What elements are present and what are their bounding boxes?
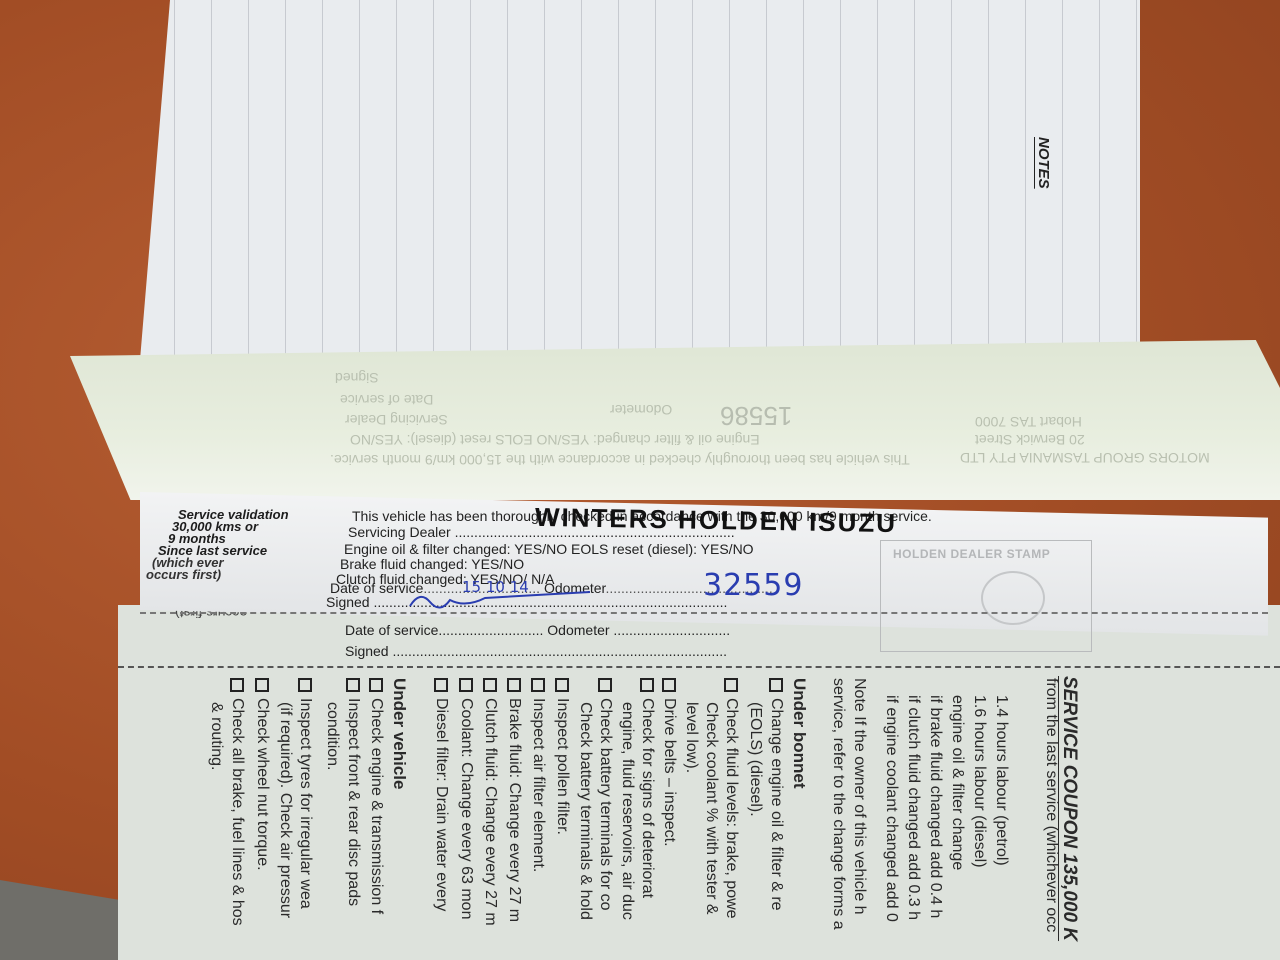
- note-line-2: service, refer to the change forms a: [827, 678, 849, 930]
- coupon-perforation: [140, 612, 1268, 614]
- checkbox[interactable]: [230, 678, 244, 692]
- notes-title: NOTES: [1035, 137, 1052, 189]
- checklist-item[interactable]: Inspect pollen filter.: [551, 678, 573, 835]
- note-line-1: Note If the owner of this vehicle h: [848, 678, 870, 915]
- checklist-item[interactable]: Inspect tyres for irregular wea: [294, 678, 316, 909]
- mirrored-statement: This vehicle has been thoroughly checked…: [330, 452, 910, 468]
- coupon-135000-subtitle: from the last service (whichever occ: [1040, 678, 1062, 932]
- mirrored-dealer-stamp-3: Hobart TAS 7000: [975, 414, 1082, 430]
- checkbox[interactable]: [555, 678, 569, 692]
- checklist-item-cont: engine, fluid reservoirs, air duc: [616, 702, 638, 920]
- engine-oil-field[interactable]: Engine oil & filter changed: YES/NO EOLS…: [344, 541, 754, 557]
- mirrored-signed: Signed: [335, 370, 379, 386]
- checklist-item-cont: Check coolant % with tester &: [700, 702, 722, 915]
- checkbox[interactable]: [640, 678, 654, 692]
- labour-item: if clutch fluid changed add 0.3 h: [902, 695, 924, 920]
- checklist-item-cont: (if required). Check air pressur: [274, 702, 296, 918]
- checklist-item-cont: Check battery terminals & hold: [574, 702, 596, 920]
- brake-fluid-field[interactable]: Brake fluid changed: YES/NO: [340, 556, 524, 572]
- mirrored-odometer-value: 15586: [720, 400, 792, 431]
- checkbox[interactable]: [255, 678, 269, 692]
- checkbox[interactable]: [434, 678, 448, 692]
- labour-item: engine oil & filter change: [946, 695, 968, 870]
- dealer-ink-stamp: WINTERS HOLDEN ISUZU: [535, 502, 898, 539]
- checkbox[interactable]: [507, 678, 521, 692]
- mirrored-dealer-stamp-1: MOTORS GROUP TASMANIA PTY LTD: [960, 450, 1210, 466]
- checkbox[interactable]: [531, 678, 545, 692]
- stamp-box-label: HOLDEN DEALER STAMP: [893, 547, 1050, 561]
- checkbox[interactable]: [459, 678, 473, 692]
- checklist-item[interactable]: Diesel filter: Drain water every: [430, 678, 452, 911]
- mirrored-odometer: Odometer: [610, 402, 672, 418]
- signature-scribble: [405, 588, 595, 610]
- under-vehicle-heading: Under vehicle: [388, 678, 410, 790]
- checklist-item[interactable]: Change engine oil & filter & re: [765, 678, 787, 911]
- checkbox[interactable]: [662, 678, 676, 692]
- checklist-item-cont: & routing.: [205, 702, 227, 770]
- checkbox[interactable]: [483, 678, 497, 692]
- checklist-item[interactable]: Clutch fluid: Change every 27 m: [479, 678, 501, 926]
- notes-page: [140, 0, 1140, 360]
- under-bonnet-heading: Under bonnet: [788, 678, 810, 789]
- holden-dealer-stamp-box: HOLDEN DEALER STAMP: [880, 540, 1092, 652]
- checklist-item[interactable]: Check fluid levels: brake, powe: [720, 678, 742, 919]
- ruled-lines: [140, 0, 1140, 360]
- back-coupon: [70, 340, 1280, 500]
- mirrored-dealer: Servicing Dealer: [345, 412, 448, 428]
- under-signed: Signed .................................…: [345, 643, 727, 659]
- validation-line-6: occurs first): [146, 568, 221, 582]
- labour-item: if engine coolant changed add 0: [880, 695, 902, 922]
- checklist-item[interactable]: Check all brake, fuel lines & hos: [226, 678, 248, 926]
- checkbox[interactable]: [369, 678, 383, 692]
- checklist-item[interactable]: Check engine & transmission f: [365, 678, 387, 914]
- checklist-item[interactable]: Brake fluid: Change every 27 m: [503, 678, 525, 922]
- labour-item: 1.4 hours labour (petrol): [990, 695, 1012, 866]
- checkbox[interactable]: [769, 678, 783, 692]
- checkbox[interactable]: [298, 678, 312, 692]
- checkbox[interactable]: [598, 678, 612, 692]
- mirrored-date: Date of service: [340, 392, 433, 408]
- labour-item: if brake fluid changed add 0.4 h: [924, 695, 946, 918]
- checklist-item[interactable]: Coolant: Change every 63 mon: [455, 678, 477, 919]
- checkbox[interactable]: [346, 678, 360, 692]
- handwritten-odometer: 32559: [703, 568, 803, 603]
- checklist-item[interactable]: Check battery terminals for co: [594, 678, 616, 911]
- checklist-item[interactable]: Inspect air filter element.: [527, 678, 549, 872]
- perforation-line: [118, 666, 1280, 668]
- checkbox[interactable]: [724, 678, 738, 692]
- holden-lion-logo-icon: [981, 571, 1045, 625]
- under-date-of-service: Date of service.........................…: [345, 622, 730, 638]
- labour-item: 1.6 hours labour (diesel): [968, 695, 990, 868]
- checklist-item-cont: condition.: [321, 702, 343, 771]
- mirrored-engine-oil: Engine oil & filter changed: YES/NO EOLS…: [350, 432, 760, 448]
- checklist-item[interactable]: Check wheel nut torque.: [251, 678, 273, 871]
- checklist-item-cont: (EOLS) (diesel).: [744, 702, 766, 817]
- checklist-item-cont: level low).: [680, 702, 702, 773]
- checklist-item[interactable]: Inspect front & rear disc pads: [342, 678, 364, 906]
- checklist-item[interactable]: Check for signs of deteriorat: [636, 678, 658, 898]
- checklist-item[interactable]: Drive belts – inspect.: [658, 678, 680, 847]
- mirrored-dealer-stamp-2: 20 Berwick Street: [975, 432, 1085, 448]
